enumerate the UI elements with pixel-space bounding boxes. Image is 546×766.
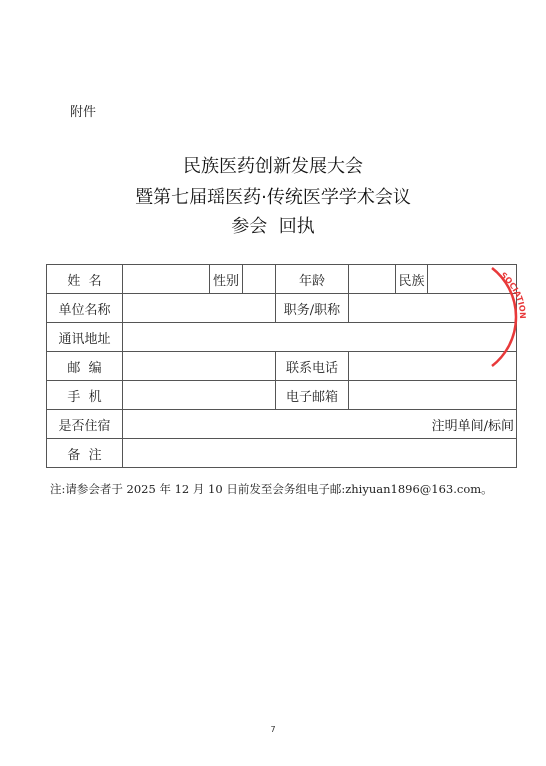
address-field[interactable]	[123, 323, 517, 352]
title-line-2: 暨第七届瑶医药·传统医学学术会议	[0, 183, 546, 209]
table-row-mobile: 手 机 电子邮箱	[47, 381, 517, 410]
email-field[interactable]	[349, 381, 517, 410]
gender-label: 性别	[210, 265, 243, 294]
registration-form-table: 姓 名 性别 年龄 民族 单位名称 职务/职称 通讯地址 邮 编 联系电话 手 …	[46, 264, 517, 468]
title-line-3: 参会 回执	[0, 212, 546, 238]
phone-label: 联系电话	[276, 352, 349, 381]
postcode-field[interactable]	[123, 352, 276, 381]
name-label: 姓 名	[47, 265, 123, 294]
organization-label: 单位名称	[47, 294, 123, 323]
table-row-organization: 单位名称 职务/职称	[47, 294, 517, 323]
email-label: 电子邮箱	[276, 381, 349, 410]
age-label: 年龄	[276, 265, 349, 294]
mobile-field[interactable]	[123, 381, 276, 410]
organization-field[interactable]	[123, 294, 276, 323]
remarks-field[interactable]	[123, 439, 517, 468]
postcode-label: 邮 编	[47, 352, 123, 381]
address-label: 通讯地址	[47, 323, 123, 352]
lodging-field[interactable]: 注明单间/标间	[123, 410, 517, 439]
phone-field[interactable]	[349, 352, 517, 381]
table-row-name: 姓 名 性别 年龄 民族	[47, 265, 517, 294]
age-field[interactable]	[349, 265, 396, 294]
ethnicity-field[interactable]	[428, 265, 517, 294]
page-number: 7	[0, 725, 546, 734]
mobile-label: 手 机	[47, 381, 123, 410]
remarks-label: 备 注	[47, 439, 123, 468]
name-field[interactable]	[123, 265, 210, 294]
lodging-label: 是否住宿	[47, 410, 123, 439]
table-row-remarks: 备 注	[47, 439, 517, 468]
footnote: 注:请参会者于 2025 年 12 月 10 日前发至会务组电子邮:zhiyua…	[50, 481, 493, 497]
position-label: 职务/职称	[276, 294, 349, 323]
attachment-label: 附件	[70, 101, 96, 120]
title-line-1: 民族医药创新发展大会	[0, 152, 546, 178]
table-row-address: 通讯地址	[47, 323, 517, 352]
ethnicity-label: 民族	[396, 265, 428, 294]
position-field[interactable]	[349, 294, 517, 323]
table-row-postcode: 邮 编 联系电话	[47, 352, 517, 381]
gender-field[interactable]	[243, 265, 276, 294]
table-row-lodging: 是否住宿 注明单间/标间	[47, 410, 517, 439]
